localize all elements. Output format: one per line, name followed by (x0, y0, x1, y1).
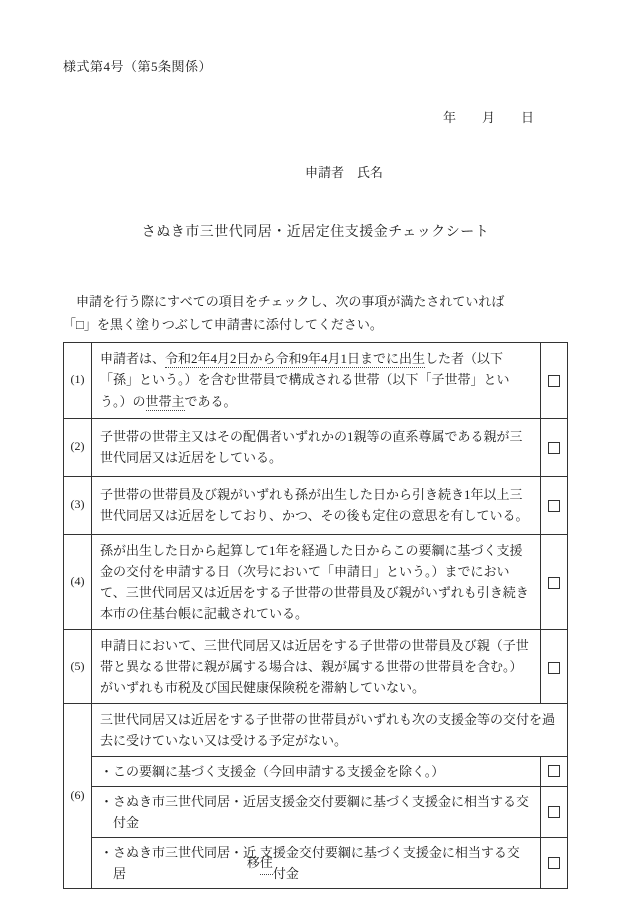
sub-item-text-segment: 支援金交付要綱に基づく支援金に相当する交付金 (273, 842, 530, 884)
row-text: 申請者は、令和2年4月2日から令和9年4月1日までに出生した者（以下「孫」という… (92, 342, 541, 418)
row-number: (4) (64, 534, 92, 629)
document-page: 様式第4号（第5条関係） 年 月 日 申請者 氏名 さぬき市三世代同居・近居定住… (0, 0, 630, 903)
checkbox-icon[interactable] (548, 375, 560, 387)
row6-sub-item: ・さぬき市三世代同居・近居支援金交付要綱に基づく支援金に相当する交付金 (92, 787, 567, 838)
intro-paragraph: 申請を行う際にすべての項目をチェックし、次の事項が満たされていれば 「□」を黒く… (63, 291, 568, 337)
checkbox-cell (541, 534, 568, 629)
checkbox-cell (541, 757, 567, 786)
sub-item-text-segment: ・さぬき市三世代同居・近居支援金交付要綱に基づく支援金に相当する交付金 (113, 791, 530, 833)
checkbox-icon[interactable] (548, 500, 560, 512)
row-text: 申請日において、三世代同居又は近居をする子世帯の世帯員及び親（子世帯と異なる世帯… (92, 629, 541, 703)
row-number: (2) (64, 418, 92, 476)
sub-item-text-segment: ・さぬき市三世代同居・近居 (113, 842, 260, 884)
row6-header-text: 三世代同居又は近居をする子世帯の世帯員がいずれも次の支援金等の交付を過去に受けて… (92, 704, 567, 757)
checkbox-icon[interactable] (548, 577, 560, 589)
table-row: (6) 三世代同居又は近居をする子世帯の世帯員がいずれも次の支援金等の交付を過去… (64, 703, 568, 888)
table-row: (3) 子世帯の世帯員及び親がいずれも孫が出生した日から引き続き1年以上三世代同… (64, 476, 568, 534)
checklist-table: (1) 申請者は、令和2年4月2日から令和9年4月1日までに出生した者（以下「孫… (63, 342, 568, 890)
row-number: (1) (64, 342, 92, 418)
row-number: (3) (64, 476, 92, 534)
row-text: 子世帯の世帯員及び親がいずれも孫が出生した日から引き続き1年以上三世代同居又は近… (92, 476, 541, 534)
checkbox-cell (541, 476, 568, 534)
checkbox-icon[interactable] (548, 765, 560, 777)
row6-sub-item: ・さぬき市三世代同居・近居移住支援金交付要綱に基づく支援金に相当する交付金 (92, 838, 567, 888)
sub-item-text: ・さぬき市三世代同居・近居移住支援金交付要綱に基づく支援金に相当する交付金 (92, 838, 541, 888)
row-text-segment: である。 (185, 394, 237, 409)
row-text-underlined-segment: 世帯主 (146, 394, 185, 411)
checkbox-cell (541, 787, 567, 837)
row-text: 子世帯の世帯主又はその配偶者いずれかの1親等の直系尊属である親が三世代同居又は近… (92, 418, 541, 476)
row-number: (6) (64, 703, 92, 888)
intro-line-2: 「□」を黒く塗りつぶして申請書に添付してください。 (63, 314, 568, 337)
checkbox-icon[interactable] (548, 806, 560, 818)
form-number: 様式第4号（第5条関係） (63, 56, 568, 75)
row-number: (5) (64, 629, 92, 703)
sub-item-text: ・さぬき市三世代同居・近居支援金交付要綱に基づく支援金に相当する交付金 (92, 787, 541, 837)
date-line: 年 月 日 (63, 107, 568, 126)
checkbox-icon[interactable] (548, 662, 560, 674)
table-row: (1) 申請者は、令和2年4月2日から令和9年4月1日までに出生した者（以下「孫… (64, 342, 568, 418)
table-row: (4) 孫が出生した日から起算して1年を経過した日からこの要綱に基づく支援金の交… (64, 534, 568, 629)
sub-item-text: ・この要綱に基づく支援金（今回申請する支援金を除く。） (92, 757, 541, 786)
table-row: (5) 申請日において、三世代同居又は近居をする子世帯の世帯員及び親（子世帯と異… (64, 629, 568, 703)
table-row: (2) 子世帯の世帯主又はその配偶者いずれかの1親等の直系尊属である親が三世代同… (64, 418, 568, 476)
checkbox-cell (541, 629, 568, 703)
sub-item-text-segment: ・この要綱に基づく支援金（今回申請する支援金を除く。） (113, 761, 444, 782)
row-text-segment: 申請者は、 (100, 351, 165, 366)
checkbox-icon[interactable] (548, 442, 560, 454)
row-text-underlined-segment: 令和2年4月2日から令和9年4月1日までに出生 (165, 351, 425, 368)
checkbox-icon[interactable] (548, 857, 560, 869)
row6-sub-item: ・この要綱に基づく支援金（今回申請する支援金を除く。） (92, 757, 567, 787)
document-title: さぬき市三世代同居・近居定住支援金チェックシート (63, 221, 568, 241)
checkbox-cell (541, 342, 568, 418)
row-text: 孫が出生した日から起算して1年を経過した日からこの要綱に基づく支援金の交付を申請… (92, 534, 541, 629)
applicant-name-label: 申請者 氏名 (63, 162, 568, 181)
checkbox-cell (541, 418, 568, 476)
checkbox-cell (541, 838, 567, 888)
intro-line-1: 申請を行う際にすべての項目をチェックし、次の事項が満たされていれば (63, 291, 568, 314)
row6-content: 三世代同居又は近居をする子世帯の世帯員がいずれも次の支援金等の交付を過去に受けて… (92, 703, 568, 888)
